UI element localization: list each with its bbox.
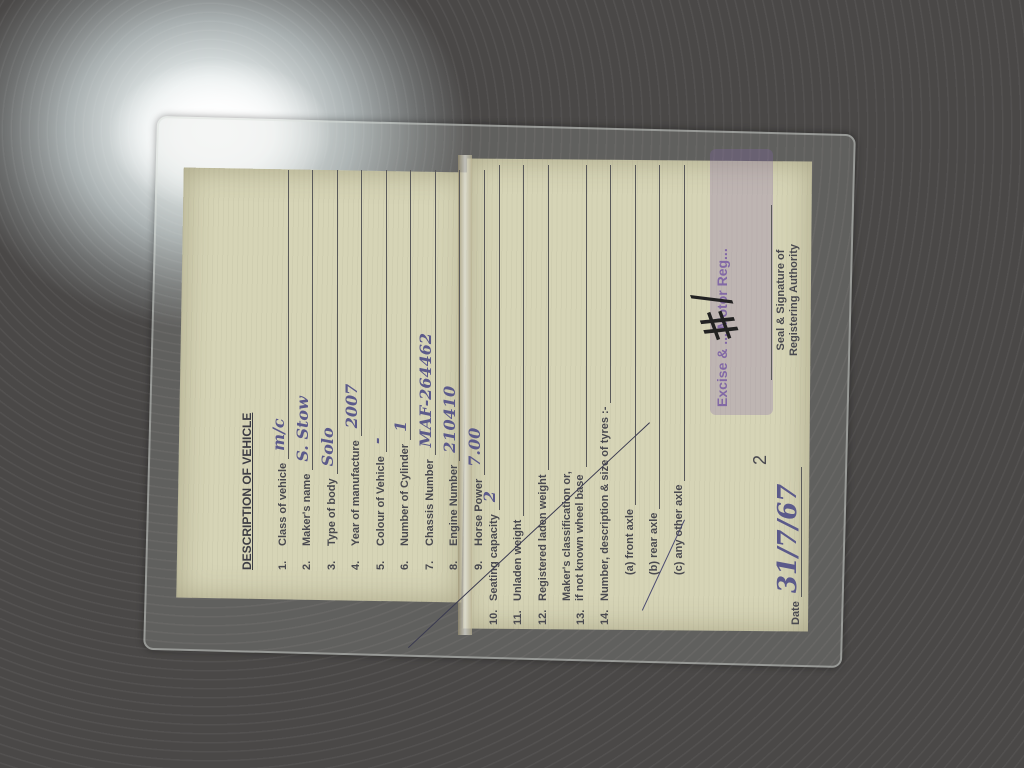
handwritten-value: 2007: [342, 384, 361, 429]
seal-label: Seal & Signature of Registering Authorit…: [775, 220, 801, 380]
field-row: 8. Engine Number 210410: [436, 170, 461, 570]
handwritten-value: MAF-264462: [416, 333, 435, 447]
signature-line: [771, 205, 772, 380]
tyre-row-rear: (b) rear axle: [636, 165, 661, 625]
field-row: 13. Maker's classification or,if not kno…: [549, 165, 587, 625]
field-row: 1. Class of vehicle m/c: [264, 170, 289, 570]
page-number: 2: [750, 455, 771, 465]
handwritten-date: 31/7/67: [773, 484, 803, 593]
field-row: 11. Unladen weight: [500, 165, 525, 625]
field-row: 3. Type of body Solo: [313, 170, 338, 570]
handwritten-value: S. Stow: [293, 396, 312, 462]
field-row: 4. Year of manufacture 2007: [338, 170, 363, 570]
field-row: 7. Chassis Number MAF-264462: [411, 170, 436, 570]
date-field: Date 31/7/67: [775, 467, 802, 625]
handwritten-value: m/c: [269, 418, 288, 451]
field-row: 6. Number of Cylinder 1: [387, 170, 412, 570]
right-page-content: 10. Seating capacity 2 11. Unladen weigh…: [475, 165, 805, 625]
tyre-row-front: (a) front axle: [611, 165, 636, 625]
handwritten-value: 2: [480, 491, 499, 502]
official-stamp: Excise & ... Motor Reg...: [710, 149, 773, 415]
field-row: 12. Registered laden weight: [524, 165, 549, 625]
handwritten-value: 1: [391, 421, 410, 432]
handwritten-value: -: [367, 438, 386, 445]
tyre-row-other: (c) any other axle: [660, 165, 685, 625]
left-page-content: DESCRIPTION OF VEHICLE 1. Class of vehic…: [240, 170, 490, 570]
field-row: 10. Seating capacity 2: [475, 165, 500, 625]
registration-booklet: DESCRIPTION OF VEHICLE 1. Class of vehic…: [180, 155, 810, 635]
handwritten-value: 210410: [440, 386, 459, 453]
field-row: 5. Colour of Vehicle -: [362, 170, 387, 570]
handwritten-value: Solo: [318, 427, 337, 466]
page-title: DESCRIPTION OF VEHICLE: [240, 170, 254, 570]
field-row: 14. Number, description & size of tyres …: [587, 165, 612, 625]
field-row: 2. Maker's name S. Stow: [289, 170, 314, 570]
